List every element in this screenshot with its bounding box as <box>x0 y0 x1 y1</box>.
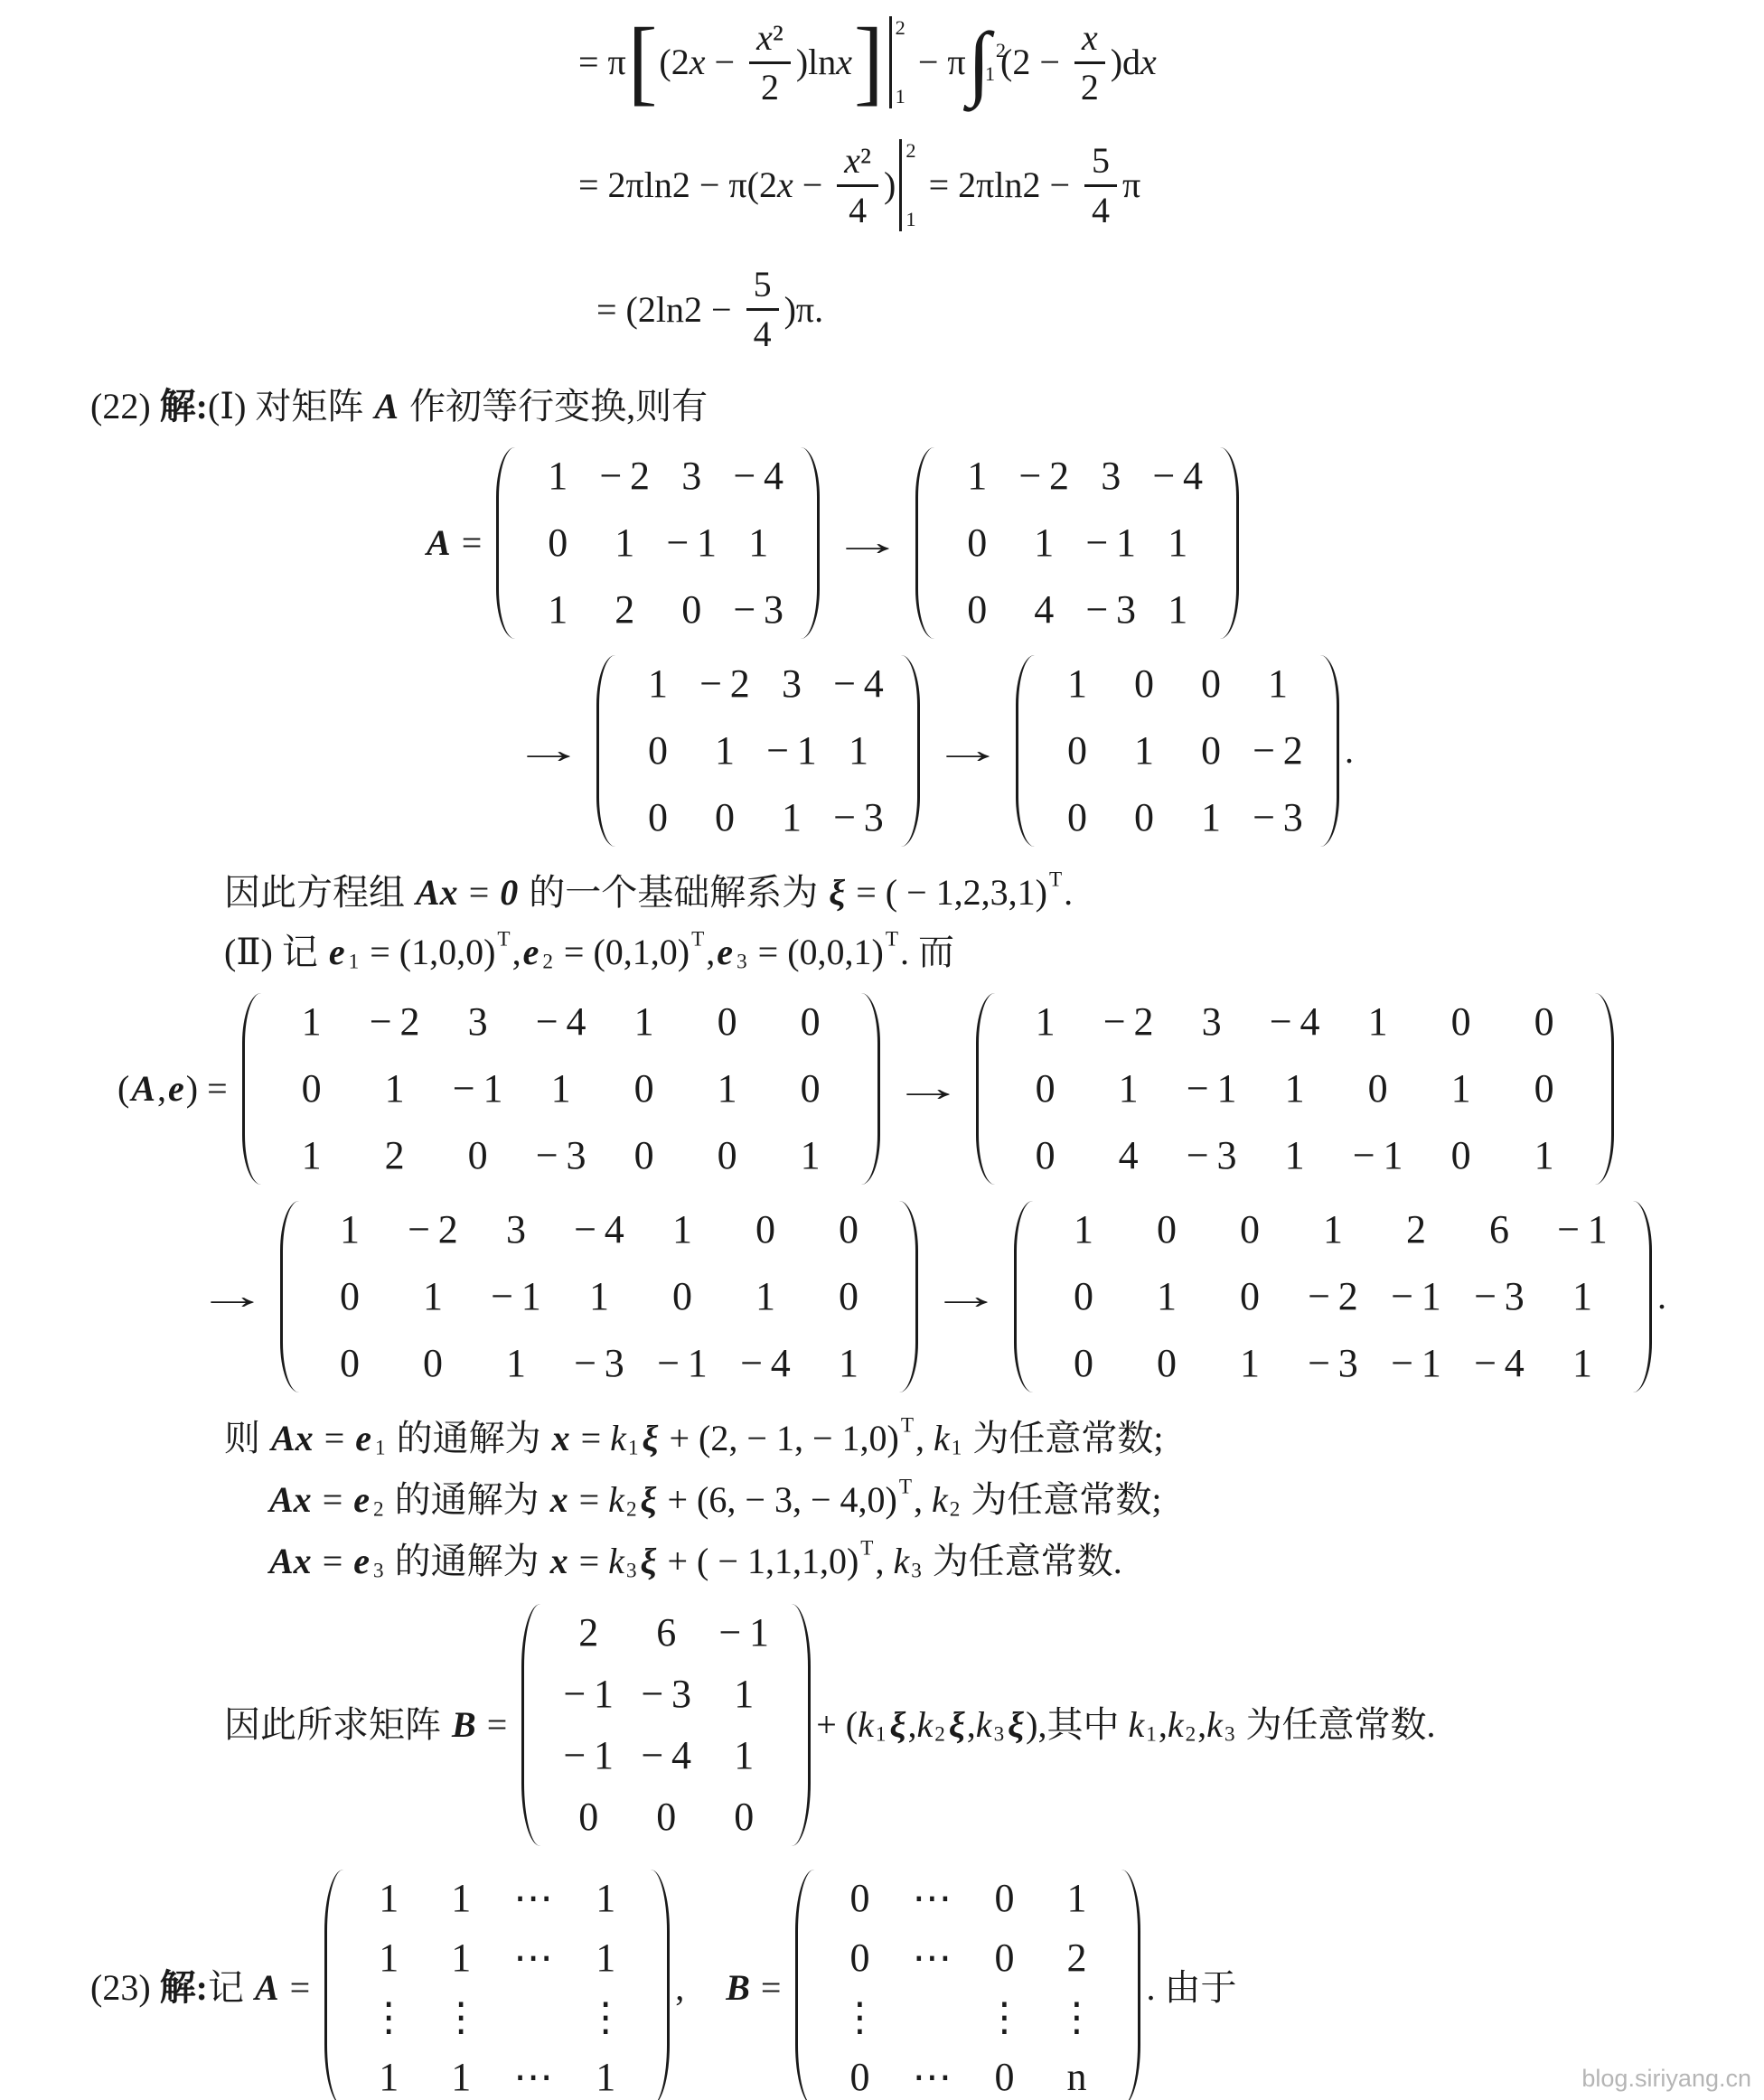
matrix-cell: 2 <box>385 1136 405 1176</box>
seg-t: = 2πln2 − π(2x − <box>578 164 831 206</box>
matrix-cell: 0 <box>1074 1344 1093 1383</box>
seg-v: ξ <box>1006 1704 1026 1746</box>
matrix-cell: − 2 <box>1308 1277 1358 1317</box>
matrix-cell: 0 <box>849 1938 869 1978</box>
seg-t: = <box>478 1704 517 1746</box>
matrix-cell: − 4 <box>536 1002 586 1042</box>
seg-t: + (2, − 1, − 1,0) <box>661 1418 899 1459</box>
matrix-cell: ⋯ <box>513 1938 553 1978</box>
seg-v: e <box>352 1541 371 1582</box>
matrix-cell: 1 <box>755 1277 775 1317</box>
seg-int: ∫21 <box>968 23 999 101</box>
seg-t: (2x − <box>659 42 744 83</box>
seg-t: , <box>706 932 715 973</box>
seg-v: ξ <box>641 1418 661 1459</box>
seg-ev: 21 <box>889 16 905 108</box>
matrix-cell: − 3 <box>641 1674 691 1714</box>
seg-t: , k <box>915 1418 950 1459</box>
matrix-cell: 0 <box>839 1210 859 1250</box>
matrix-cell: 1 <box>451 1879 471 1918</box>
seg-sub: 2 <box>540 950 555 974</box>
matrix: 11⋯111⋯1⋮⋮⋮11⋯1 <box>324 1870 670 2100</box>
matrix-cell: − 1 <box>1085 523 1136 563</box>
seg-sup: T <box>859 1536 875 1561</box>
matrix-cell: 4 <box>1034 590 1054 630</box>
matrix: 1− 23− 401− 11120− 3 <box>496 447 820 639</box>
matrix-cell: 0 <box>839 1277 859 1317</box>
seg-big: ] <box>854 19 884 105</box>
seg-t: = π <box>578 42 626 83</box>
matrix-cell: 0 <box>578 1797 598 1837</box>
seg-t: (22) <box>90 386 160 427</box>
matrix-cell: 0 <box>648 731 668 771</box>
matrix-cell: 1 <box>734 1736 754 1776</box>
matrix-cell: 1 <box>672 1210 692 1250</box>
seg-t: ,k <box>967 1704 992 1746</box>
seg-t: )π. <box>784 289 824 331</box>
seg-v: e <box>715 932 735 973</box>
matrix-cell: 0 <box>468 1136 488 1176</box>
seg-t: (2 − <box>1000 42 1069 83</box>
matrix-cell: 2 <box>1406 1210 1426 1250</box>
seg-t: = (0,1,0) <box>555 932 690 973</box>
seg-b: 解: <box>160 386 208 427</box>
matrix-cell: − 2 <box>370 1002 420 1042</box>
seg-v: ξ <box>827 872 847 914</box>
matrix: 26− 1− 1− 31− 1− 41000 <box>521 1604 811 1846</box>
seg-v: e <box>521 932 541 973</box>
seg-b: 解: <box>160 1967 208 2009</box>
matrix-cell: − 4 <box>574 1210 624 1250</box>
matrix-cell: 1 <box>1268 664 1288 704</box>
matrix-cell: 3 <box>782 664 802 704</box>
matrix-cell: 1 <box>423 1277 443 1317</box>
matrix-cell: 1 <box>1168 523 1187 563</box>
seg-f: x²4 <box>837 140 878 231</box>
matrix-cell: 0 <box>1368 1069 1388 1109</box>
seg-v: ξ <box>888 1704 908 1746</box>
seg-v: Ax <box>269 1418 315 1459</box>
seg-v: A <box>253 1967 281 2009</box>
seg-t: . <box>1657 1276 1666 1317</box>
matrix-cell: ⋯ <box>513 1879 553 1918</box>
matrix-cell: 0 <box>755 1210 775 1250</box>
matrix-cell: 1 <box>548 590 568 630</box>
matrix-right-paren <box>861 993 880 1185</box>
matrix-cell: 1 <box>379 2058 399 2097</box>
seg-sub: 3 <box>1223 1722 1237 1747</box>
matrix-cell: 0 <box>340 1344 360 1383</box>
para-basis-solution: 因此方程组 Ax = 0 的一个基础解系为 ξ = ( − 1,2,3,1)T. <box>224 847 1764 914</box>
seg-v: e <box>352 1479 371 1521</box>
matrix-cell: 1 <box>1240 1344 1260 1383</box>
matrix-cell: 1 <box>801 1136 821 1176</box>
matrix-cell: 0 <box>548 523 568 563</box>
seg-sub: 3 <box>909 1559 924 1583</box>
seg-t: , <box>157 1068 166 1110</box>
matrix-line-A-2: →1− 23− 401− 11001− 3→1001010− 2001− 3. <box>506 639 1764 847</box>
matrix-cell: 1 <box>1201 798 1221 838</box>
matrix-cell: 1 <box>782 798 802 838</box>
matrix-line-Ae-1: (A,e) = 1− 23− 410001− 11010120− 3001→1−… <box>117 973 1764 1185</box>
matrix-cell: 0 <box>1451 1136 1471 1176</box>
seg-sub: 2 <box>933 1722 947 1747</box>
matrix-cell: − 3 <box>536 1136 586 1176</box>
seg-v: B <box>724 1967 752 2009</box>
matrix-cell: 1 <box>615 523 634 563</box>
matrix-cell: − 1 <box>1353 1136 1403 1176</box>
matrix-cell: 2 <box>578 1613 598 1653</box>
arrow-icon: → <box>892 1067 964 1111</box>
matrix-cell: − 4 <box>641 1736 691 1776</box>
matrix-left-paren <box>795 1870 814 2100</box>
matrix-cell: 0 <box>1067 731 1087 771</box>
seg-t: 的通解为 <box>388 1418 550 1459</box>
seg-sub: 1 <box>950 1436 964 1460</box>
seg-v: A <box>129 1068 157 1110</box>
matrix-cell: 0 <box>1074 1277 1093 1317</box>
matrix-cell: − 4 <box>833 664 884 704</box>
matrix-cell: 0 <box>994 1938 1014 1978</box>
matrix-right-paren <box>801 447 820 639</box>
matrix-cell: 3 <box>681 456 701 496</box>
matrix-cell: − 3 <box>733 590 783 630</box>
seg-v: x <box>549 1541 570 1582</box>
matrix-cell: 1 <box>1074 1210 1093 1250</box>
matrix-cell: − 3 <box>1474 1277 1525 1317</box>
matrix-cell: − 4 <box>740 1344 791 1383</box>
seg-t: = <box>453 522 492 564</box>
matrix-line-Ae-2: →1− 23− 410001− 11010001− 3− 1− 41→10012… <box>190 1185 1764 1392</box>
matrix-cell: 1 <box>451 1938 471 1978</box>
matrix-right-paren <box>1633 1201 1652 1392</box>
seg-v: Ax <box>267 1541 314 1582</box>
seg-v: Ax <box>267 1479 314 1521</box>
seg-sub: 2 <box>948 1497 962 1522</box>
matrix-cell: − 3 <box>1085 590 1136 630</box>
seg-sub: 3 <box>371 1559 386 1583</box>
matrix-cell: 0 <box>801 1069 821 1109</box>
matrix-cell: 1 <box>1119 1069 1139 1109</box>
seg-sub: 1 <box>347 950 361 974</box>
matrix: 100126− 1010− 2− 1− 31001− 3− 1− 41 <box>1014 1201 1652 1392</box>
seg-v: x <box>549 1479 570 1521</box>
seg-t: (Ⅰ) 对矩阵 <box>208 386 372 427</box>
matrix-cell: 1 <box>1036 1002 1056 1042</box>
seg-v: ξ <box>639 1541 659 1582</box>
matrix-cell: 1 <box>548 456 568 496</box>
seg-v: ξ <box>639 1479 659 1521</box>
seg-v: e <box>166 1068 186 1110</box>
matrix-left-paren <box>596 655 615 847</box>
matrix-cell: − 1 <box>657 1344 708 1383</box>
seg-t: = <box>314 1541 352 1582</box>
seg-sup: T <box>884 927 900 952</box>
seg-v: A <box>425 522 453 564</box>
matrix-line-A-1: A = 1− 23− 401− 11120− 3→1− 23− 401− 110… <box>425 427 1764 639</box>
matrix-cell: 0 <box>1240 1277 1260 1317</box>
seg-f: 54 <box>746 264 779 355</box>
seg-t: = k <box>572 1418 626 1459</box>
matrix-cell: 0 <box>656 1797 676 1837</box>
matrix-cell: n <box>1066 2058 1086 2097</box>
matrix-cell: − 1 <box>491 1277 541 1317</box>
seg-sup: T <box>690 927 706 952</box>
seg-t: 因此方程组 <box>224 872 414 914</box>
matrix-cell: 1 <box>1368 1002 1388 1042</box>
seg-t: = <box>752 1967 791 2009</box>
matrix: 1− 23− 410001− 1101004− 31− 101 <box>976 993 1614 1185</box>
watermark: blog.siriyang.cn <box>1581 2065 1751 2093</box>
matrix-cell: 0 <box>1157 1344 1177 1383</box>
seg-t: , k <box>914 1479 948 1521</box>
matrix-cell: 1 <box>839 1344 859 1383</box>
matrix-cell: 0 <box>634 1136 654 1176</box>
seg-v: x <box>550 1418 572 1459</box>
matrix-cell: 0 <box>1067 798 1087 838</box>
matrix-cell: 0 <box>715 798 735 838</box>
matrix-cell: − 1 <box>666 523 717 563</box>
seg-sub: 2 <box>624 1497 639 1522</box>
seg-t: 则 <box>224 1418 269 1459</box>
matrix-cell: ⋯ <box>513 2058 553 2097</box>
seg-t: − π <box>909 42 966 83</box>
matrix-left-paren <box>915 447 934 639</box>
matrix-cell: 1 <box>379 1879 399 1918</box>
matrix-cell: 4 <box>1119 1136 1139 1176</box>
matrix-cell: 0 <box>423 1344 443 1383</box>
matrix-cell: 1 <box>596 1879 615 1918</box>
matrix-cell: 0 <box>994 1879 1014 1918</box>
seg-t: , <box>675 1967 684 2009</box>
matrix-cell: − 2 <box>599 456 650 496</box>
matrix-cell: 0 <box>1451 1002 1471 1042</box>
matrix: 1001010− 2001− 3 <box>1016 655 1339 847</box>
matrix-cell: 0 <box>1157 1210 1177 1250</box>
seg-t: ,k <box>1159 1704 1184 1746</box>
seg-t: . <box>1064 872 1073 914</box>
matrix-cell: 1 <box>849 731 868 771</box>
matrix-cell: − 4 <box>1474 1344 1525 1383</box>
seg-sub: 2 <box>371 1497 386 1522</box>
matrix-cell: ⋮ <box>1056 1998 1096 2038</box>
matrix-cell: 2 <box>1066 1938 1086 1978</box>
matrix-cell: 0 <box>849 1879 869 1918</box>
matrix-cell: 0 <box>849 2058 869 2097</box>
matrix-cell: 3 <box>1202 1002 1222 1042</box>
arrow-icon: → <box>932 729 1004 773</box>
seg-t: , <box>512 932 521 973</box>
seg-t: + (6, − 3, − 4,0) <box>659 1479 897 1521</box>
seg-t: = 2πln2 − <box>920 164 1079 206</box>
seg-t: = k <box>570 1541 624 1582</box>
matrix-cell: 0 <box>718 1002 737 1042</box>
matrix-cell: 1 <box>1067 664 1087 704</box>
matrix: 1− 23− 410001− 11010120− 3001 <box>242 993 880 1185</box>
matrix-left-paren <box>1016 655 1035 847</box>
matrix-cell: − 1 <box>563 1736 614 1776</box>
eq-line-2: = 2πln2 − π(2x − x²4)21 = 2πln2 − 54π <box>578 108 1764 231</box>
matrix-cell: 0 <box>634 1069 654 1109</box>
seg-t: ) <box>884 164 896 206</box>
matrix: 1− 23− 410001− 11010001− 3− 1− 41 <box>280 1201 918 1392</box>
matrix-cell: 1 <box>379 1938 399 1978</box>
para-22-heading: (22) 解:(Ⅰ) 对矩阵 A 作初等行变换,则有 <box>90 355 1764 427</box>
matrix-right-paren <box>899 1201 918 1392</box>
matrix-cell: 0 <box>1534 1069 1554 1109</box>
matrix-cell: 1 <box>451 2058 471 2097</box>
matrix-cell: 1 <box>734 1674 754 1714</box>
para-general-solution-2: Ax = e2 的通解为 x = k2ξ + (6, − 3, − 4,0)T,… <box>267 1459 1764 1521</box>
matrix-cell: 0 <box>672 1277 692 1317</box>
matrix-cell: − 1 <box>1391 1277 1441 1317</box>
matrix-cell: 0 <box>1036 1069 1056 1109</box>
seg-v: Ax <box>414 872 460 914</box>
seg-t: . 而 <box>900 932 954 973</box>
matrix-cell: 1 <box>340 1210 360 1250</box>
seg-big: [ <box>628 19 658 105</box>
seg-t: = ( − 1,2,3,1) <box>847 872 1047 914</box>
seg-sub: 2 <box>1184 1722 1198 1747</box>
matrix-cell: 6 <box>656 1613 676 1653</box>
matrix-cell: − 1 <box>718 1613 769 1653</box>
seg-v: 0 <box>498 872 520 914</box>
matrix-cell: 0 <box>967 523 987 563</box>
seg-sup: T <box>495 927 511 952</box>
eq-line-3: = (2ln2 − 54)π. <box>596 231 1764 355</box>
matrix-cell: − 3 <box>1308 1344 1358 1383</box>
matrix-cell: 1 <box>596 2058 615 2097</box>
matrix-cell: 1 <box>1323 1210 1343 1250</box>
seg-v: e <box>327 932 347 973</box>
seg-t: 因此所求矩阵 <box>224 1704 450 1746</box>
seg-t: 记 <box>208 1967 253 2009</box>
matrix-cell: 0 <box>1036 1136 1056 1176</box>
seg-t: = (1,0,0) <box>361 932 495 973</box>
matrix-cell: − 1 <box>766 731 817 771</box>
seg-t: ),其中 k <box>1026 1704 1144 1746</box>
matrix-cell: 0 <box>1240 1210 1260 1250</box>
seg-t: (23) <box>90 1967 160 2009</box>
matrix-cell: 0 <box>1201 664 1221 704</box>
matrix-cell: − 2 <box>1253 731 1303 771</box>
seg-t: 作初等行变换,则有 <box>400 386 708 427</box>
arrow-icon: → <box>831 521 904 565</box>
matrix-left-paren <box>521 1604 540 1846</box>
matrix-cell: ⋮ <box>586 1998 625 2038</box>
matrix-cell: 0 <box>734 1797 754 1837</box>
seg-sub: 1 <box>373 1436 388 1460</box>
arrow-icon: → <box>930 1275 1002 1318</box>
seg-sub: 1 <box>1144 1722 1159 1747</box>
matrix: 0⋯010⋯02⋮⋮⋮0⋯0n <box>795 1870 1140 2100</box>
matrix-cell: 2 <box>615 590 634 630</box>
matrix-cell: 1 <box>1534 1136 1554 1176</box>
seg-t: . <box>1345 730 1354 772</box>
seg-sub: 1 <box>626 1436 641 1460</box>
seg-v: e <box>353 1418 373 1459</box>
seg-sub: 3 <box>992 1722 1007 1747</box>
seg-t: 为任意常数. <box>924 1541 1122 1582</box>
matrix-cell: − 2 <box>1103 1002 1154 1042</box>
matrix-cell: ⋮ <box>984 1998 1024 2038</box>
seg-t: + ( − 1,1,1,0) <box>659 1541 859 1582</box>
seg-sup: T <box>1047 867 1064 892</box>
matrix-left-paren <box>242 993 261 1185</box>
matrix-cell: − 2 <box>408 1210 458 1250</box>
matrix-right-paren <box>1220 447 1239 639</box>
matrix-cell: 0 <box>302 1069 322 1109</box>
matrix-cell: − 2 <box>1018 456 1069 496</box>
matrix-cell: − 1 <box>1391 1344 1441 1383</box>
matrix-cell: 0 <box>1201 731 1221 771</box>
matrix-cell: 1 <box>1572 1344 1592 1383</box>
seg-t: 为任意常数; <box>963 1418 1163 1459</box>
seg-t: , k <box>875 1541 909 1582</box>
matrix-cell: − 2 <box>699 664 750 704</box>
matrix-cell: 1 <box>1157 1277 1177 1317</box>
matrix-right-paren <box>1320 655 1339 847</box>
para-general-solution-1: 则 Ax = e1 的通解为 x = k1ξ + (2, − 1, − 1,0)… <box>224 1392 1764 1459</box>
matrix-left-paren <box>280 1201 299 1392</box>
seg-sub: 1 <box>874 1722 888 1747</box>
seg-t: = (0,0,1) <box>749 932 884 973</box>
matrix-cell: 3 <box>506 1210 526 1250</box>
matrix-cell: 0 <box>967 590 987 630</box>
matrix-cell: 3 <box>1101 456 1121 496</box>
matrix-cell: 1 <box>648 664 668 704</box>
seg-ev: 21 <box>899 139 915 231</box>
seg-f: x²2 <box>749 17 791 108</box>
matrix-cell: 1 <box>715 731 735 771</box>
matrix-cell: 1 <box>1285 1136 1305 1176</box>
seg-t: ( <box>117 1068 129 1110</box>
seg-sup: T <box>897 1475 914 1499</box>
para-e-definitions: (Ⅱ) 记 e1 = (1,0,0)T,e2 = (0,1,0)T,e3 = (… <box>224 914 1764 973</box>
matrix-cell: 1 <box>506 1344 526 1383</box>
matrix-cell: ⋯ <box>912 1879 952 1918</box>
seg-t: = k <box>570 1479 624 1521</box>
matrix-cell: − 1 <box>453 1069 503 1109</box>
seg-t: )lnx <box>796 42 852 83</box>
seg-t: ,k <box>1197 1704 1223 1746</box>
matrix-left-paren <box>1014 1201 1033 1392</box>
matrix-cell: 0 <box>1534 1002 1554 1042</box>
matrix-cell: 1 <box>589 1277 609 1317</box>
matrix-cell: 1 <box>302 1002 322 1042</box>
seg-f: x2 <box>1074 17 1105 108</box>
seg-t: 的通解为 <box>386 1541 549 1582</box>
seg-t: = <box>314 1479 352 1521</box>
seg-t: ) = <box>186 1068 237 1110</box>
seg-t: ,k <box>907 1704 933 1746</box>
seg-t: = <box>281 1967 320 2009</box>
matrix-cell: 0 <box>994 2058 1014 2097</box>
matrix-cell: 0 <box>648 798 668 838</box>
seg-t: (Ⅱ) 记 <box>224 932 327 973</box>
matrix-cell: − 1 <box>1557 1210 1608 1250</box>
matrix-cell: 1 <box>1451 1069 1471 1109</box>
matrix-cell: − 4 <box>1270 1002 1320 1042</box>
seg-sup: T <box>899 1413 915 1438</box>
arrow-icon: → <box>512 729 585 773</box>
seg-f: 54 <box>1084 140 1117 231</box>
seg-t: 的通解为 <box>386 1479 549 1521</box>
matrix-cell: 3 <box>468 1002 488 1042</box>
matrix-right-paren <box>651 1870 670 2100</box>
matrix-cell: 0 <box>340 1277 360 1317</box>
seg-sub: 3 <box>624 1559 639 1583</box>
